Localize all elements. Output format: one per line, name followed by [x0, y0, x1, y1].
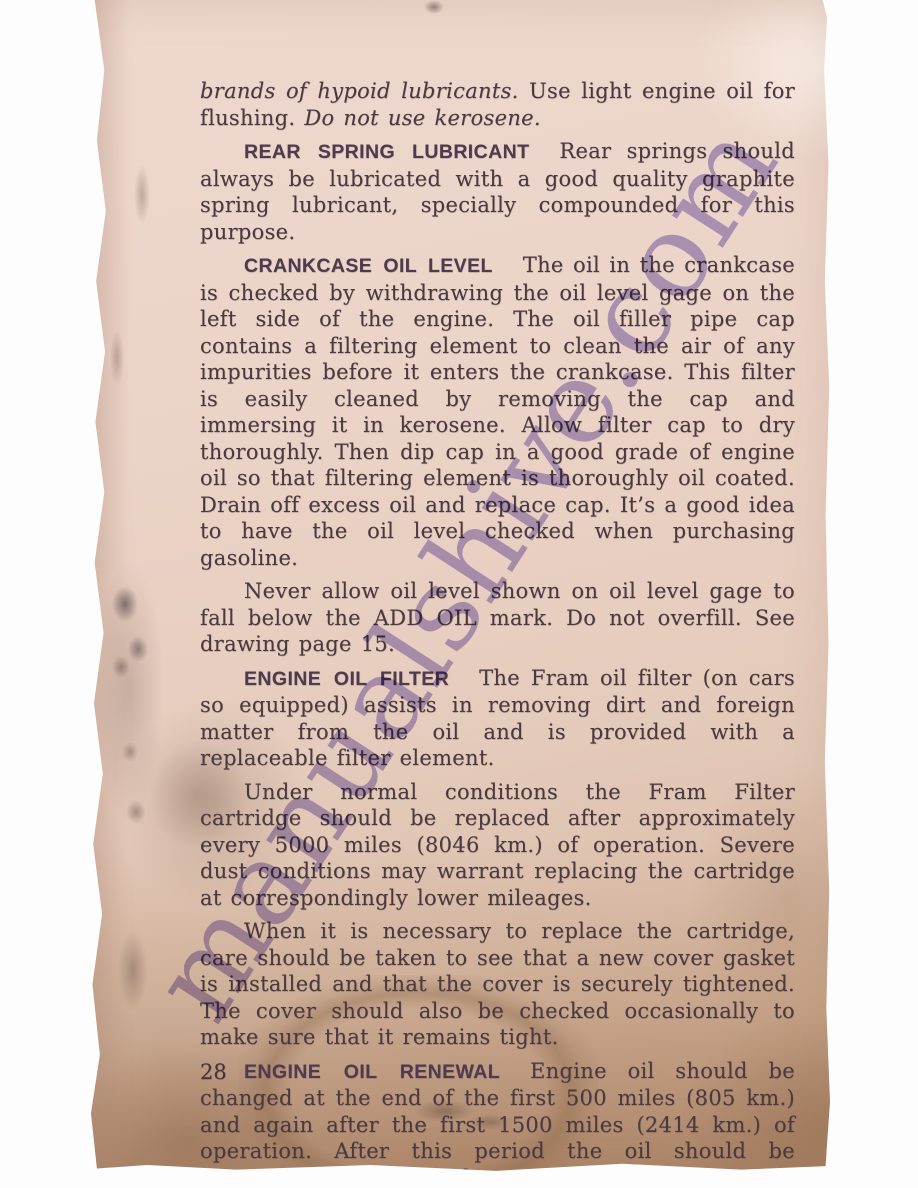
- paragraph-never-allow: Never allow oil level shown on oil level…: [200, 578, 795, 658]
- section-heading-crankcase: CRANKCASE OIL LEVEL: [244, 255, 493, 277]
- section-heading-oil-renewal: ENGINE OIL RENEWAL: [244, 1061, 500, 1083]
- section-engine-oil-renewal: ENGINE OIL RENEWALEngine oil should be c…: [200, 1058, 795, 1188]
- paragraph-text: Never allow oil level shown on oil level…: [200, 579, 795, 656]
- intro-italic-1: brands of hypoid lubricants.: [200, 79, 519, 103]
- page-number: 28: [200, 1060, 227, 1084]
- intro-italic-2: Do not use kerosene.: [304, 106, 541, 130]
- paragraph-intro: brands of hypoid lubricants. Use light e…: [200, 78, 795, 131]
- section-heading-oil-filter: ENGINE OIL FILTER: [244, 668, 449, 690]
- paragraph-replace-cartridge: When it is necessary to replace the cart…: [200, 918, 795, 1051]
- section-engine-oil-filter: ENGINE OIL FILTERThe Fram oil filter (on…: [200, 665, 795, 772]
- page-content: brands of hypoid lubricants. Use light e…: [88, 0, 830, 1188]
- manual-page: brands of hypoid lubricants. Use light e…: [88, 0, 830, 1172]
- section-heading-rear-spring: REAR SPRING LUBRICANT: [244, 141, 529, 163]
- scan-canvas: { "document": { "page_number": "28", "wa…: [0, 0, 918, 1188]
- section-crankcase-oil-level: CRANKCASE OIL LEVELThe oil in the crankc…: [200, 252, 795, 571]
- section-text: The oil in the crankcase is checked by w…: [200, 253, 795, 570]
- section-rear-spring-lubricant: REAR SPRING LUBRICANTRear springs should…: [200, 138, 795, 245]
- paragraph-text: When it is necessary to replace the cart…: [200, 919, 795, 1049]
- paragraph-under-normal: Under normal conditions the Fram Filter …: [200, 779, 795, 912]
- paragraph-text: Under normal conditions the Fram Filter …: [200, 780, 795, 910]
